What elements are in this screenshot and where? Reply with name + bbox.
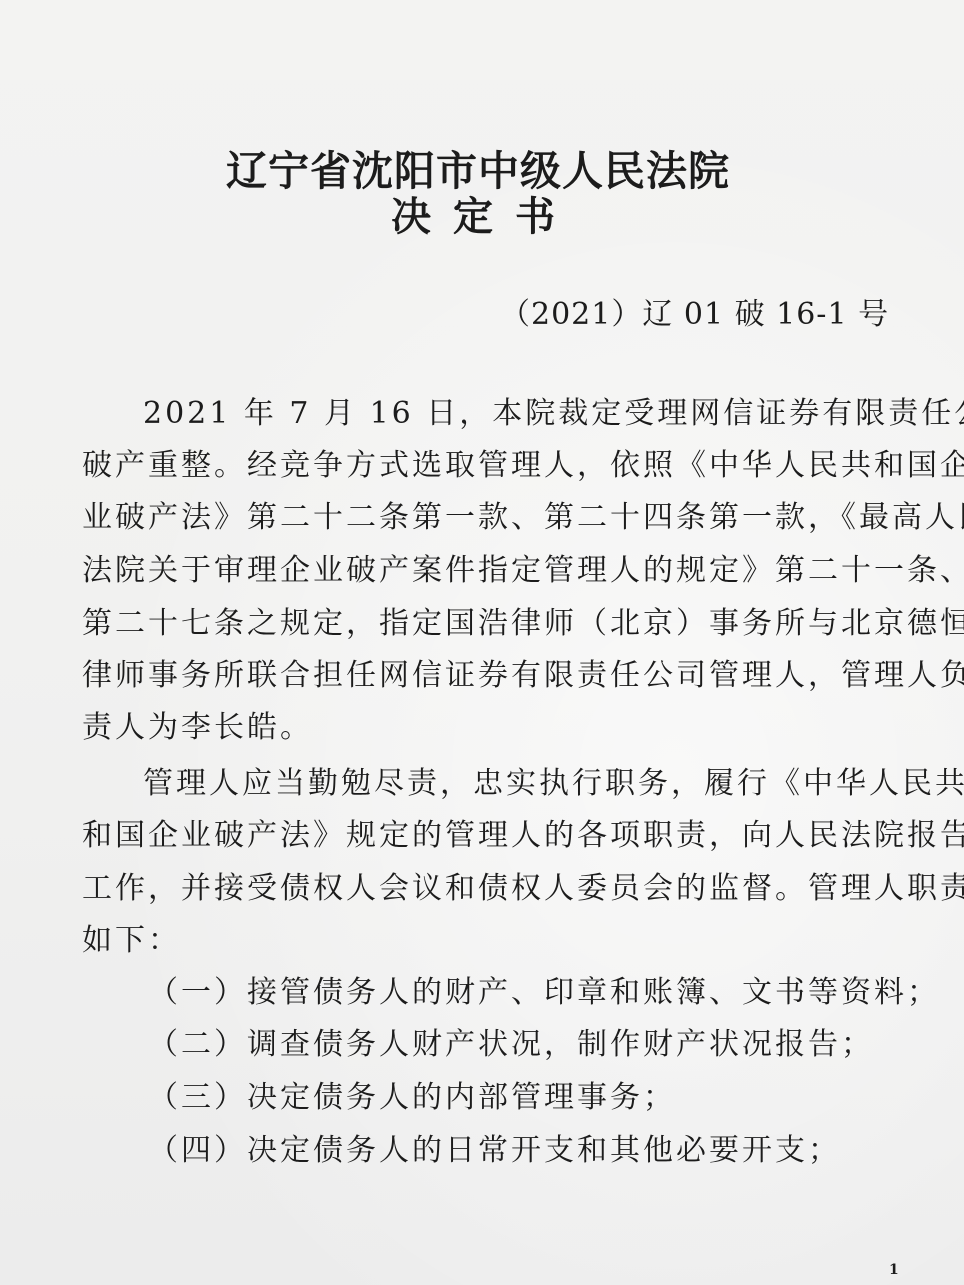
court-name-heading: 辽宁省沈阳市中级人民法院 <box>0 146 960 196</box>
paragraph-2-line: 和国企业破产法》规定的管理人的各项职责，向人民法院报告 <box>82 816 964 856</box>
page-number: 1 <box>889 1262 899 1278</box>
paragraph-2-line: 如下： <box>82 921 181 961</box>
duty-item: （四）决定债务人的日常开支和其他必要开支； <box>148 1131 841 1171</box>
duty-item: （三）决定债务人的内部管理事务； <box>148 1078 676 1118</box>
paragraph-2-line: 工作，并接受债权人会议和债权人委员会的监督。管理人职责 <box>82 869 964 909</box>
paragraph-1-line: 业破产法》第二十二条第一款、第二十四条第一款，《最高人民 <box>82 498 964 538</box>
paragraph-2-line: 管理人应当勤勉尽责，忠实执行职务，履行《中华人民共 <box>143 764 964 804</box>
document-page: 辽宁省沈阳市中级人民法院 决定书 （2021）辽 01 破 16-1 号 202… <box>0 0 964 1285</box>
document-type-heading: 决定书 <box>2 192 964 242</box>
case-number: （2021）辽 01 破 16-1 号 <box>500 293 889 337</box>
paragraph-1-line: 第二十七条之规定，指定国浩律师（北京）事务所与北京德恒 <box>82 604 964 644</box>
paragraph-1-line: 破产重整。经竞争方式选取管理人，依照《中华人民共和国企 <box>82 446 964 486</box>
duty-item: （一）接管债务人的财产、印章和账簿、文书等资料； <box>148 973 940 1013</box>
duty-item: （二）调查债务人财产状况，制作财产状况报告； <box>148 1025 874 1065</box>
paragraph-1-line: 法院关于审理企业破产案件指定管理人的规定》第二十一条、 <box>82 551 964 591</box>
paragraph-1-line: 2021 年 7 月 16 日，本院裁定受理网信证券有限责任公司 <box>143 394 964 434</box>
paragraph-1-line: 律师事务所联合担任网信证券有限责任公司管理人，管理人负 <box>82 656 964 696</box>
paragraph-1-line: 责人为李长皓。 <box>82 708 313 748</box>
